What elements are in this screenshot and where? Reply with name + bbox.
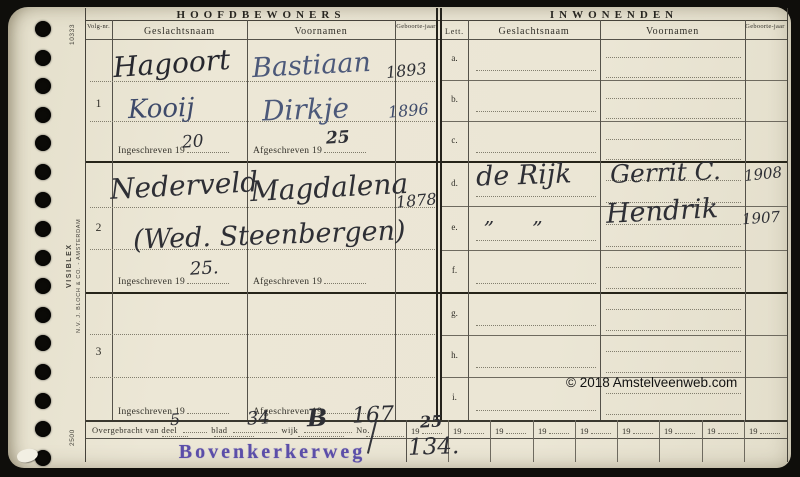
column-header-surname-right: Geslachtsnaam	[468, 26, 600, 37]
handwritten-firstname: Dirkje	[262, 94, 350, 125]
handwritten-wijk: B	[307, 406, 328, 431]
photo-background: a.b.c.d.e.f.g.h.i.Ingeschreven 19Afgesch…	[0, 0, 800, 477]
handwritten-blad: 34	[246, 409, 270, 429]
row-number: 2	[85, 222, 112, 234]
handwritten-firstname: Magdalena	[249, 170, 408, 206]
serial-number-bottom: 2500	[69, 414, 76, 446]
brand-name: VISIBLEX	[66, 208, 73, 288]
column-header-lett: Lett.	[441, 27, 468, 36]
serial-number-top: 10333	[69, 9, 76, 45]
column-header-surname-left: Geslachtsnaam	[112, 26, 247, 37]
handwritten-year-cell: 25	[420, 413, 443, 430]
handwritten-birthyear: 1893	[385, 61, 427, 81]
column-header-birthyear-right: Geboorte-jaar	[743, 23, 787, 30]
handwritten-surname: Nederveld	[109, 168, 258, 204]
row-number: 1	[85, 98, 112, 110]
section-title-hoofdbewoners: HOOFDBEWONERS	[85, 9, 437, 21]
handwritten-surname: de Rijk	[476, 160, 572, 190]
handwritten-ingeschreven-year: 20	[181, 133, 204, 151]
copyright-watermark: © 2018 Amstelveenweb.com	[566, 375, 737, 390]
section-title-inwonenden: INWONENDEN	[441, 9, 787, 21]
column-header-firstnames-right: Voornamen	[600, 26, 745, 37]
street-stamp: Bovenkerkerweg	[148, 441, 396, 464]
handwritten-house-number: 134.	[408, 435, 460, 460]
handwritten-birthyear: 1907	[742, 210, 781, 228]
column-header-volgnr: Volg-nr.	[85, 23, 112, 30]
transfer-label-blad: blad	[211, 425, 227, 435]
handwritten-afgeschreven-year: 25	[326, 129, 351, 147]
dotted-blank	[233, 431, 277, 433]
handwritten-ingeschreven-year: 25.	[190, 259, 220, 278]
manufacturer-name: N.V. J. BLOCH & CO. - AMSTERDAM	[76, 158, 82, 333]
row-number: 3	[85, 346, 112, 358]
column-header-firstnames-left: Voornamen	[247, 26, 395, 37]
handwritten-firstname: Hendrik	[605, 195, 718, 228]
handwritten-firstname: Bastiaan	[251, 49, 371, 82]
handwritten-birthyear: 1908	[743, 165, 783, 184]
transfer-label-deel: Overgebracht van deel	[92, 425, 177, 435]
ditto-marks: „ „	[484, 206, 543, 226]
column-header-birthyear-left: Geboorte-jaar	[394, 23, 438, 30]
dotted-blank	[183, 431, 207, 433]
handwritten-birthyear: 1896	[387, 101, 429, 120]
handwritten-birthyear: 1878	[395, 191, 437, 210]
handwritten-widow-note: (Wed. Steenbergen)	[133, 217, 406, 253]
handwritten-deel: 5	[170, 412, 181, 429]
handwritten-surname: Kooij	[128, 95, 195, 123]
handwritten-surname: Hagoort	[112, 46, 231, 82]
handwritten-firstname: Gerrit C.	[610, 158, 722, 187]
transfer-label-wijk: wijk	[281, 425, 298, 435]
card-content: 10333 VISIBLEX N.V. J. BLOCH & CO. - AMS…	[0, 0, 800, 477]
